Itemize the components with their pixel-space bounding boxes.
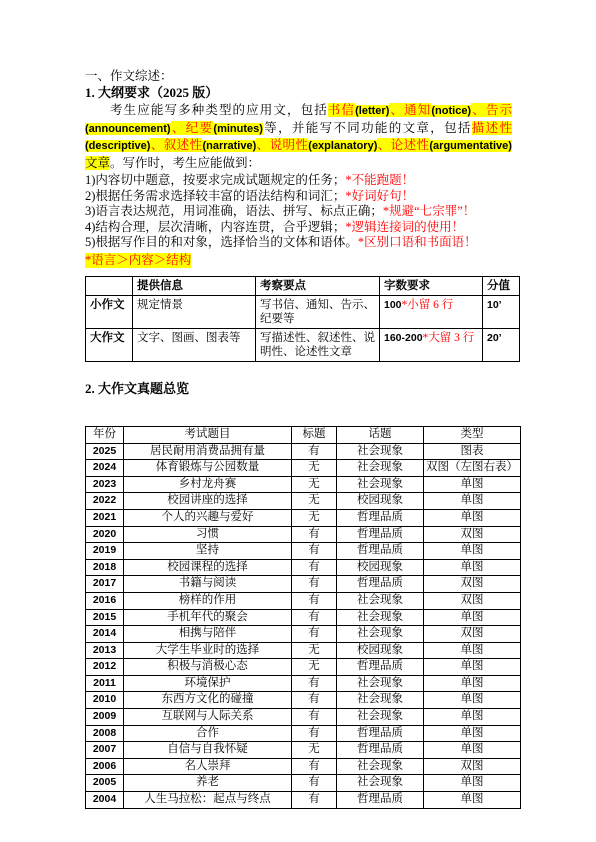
table-cell: 积极与消极心态 — [124, 659, 292, 676]
table-cell: 东西方文化的碰撞 — [124, 692, 292, 709]
text-span: (narrative) — [202, 140, 256, 152]
essay-requirements-table: 提供信息 考察要点 字数要求 分值 小作文规定情景写书信、通知、告示、纪要等10… — [85, 276, 520, 362]
text-span: (letter) — [355, 105, 389, 117]
text-span: 考生应能写多种类型的应用文，包括 — [110, 103, 328, 117]
table-cell: 有 — [292, 609, 337, 626]
table-cell: 写书信、通知、告示、纪要等 — [256, 295, 380, 328]
table-row: 2011环境保护有社会现象单图 — [86, 675, 521, 692]
document-page: 一、作文综述： 1. 大纲要求（2025 版） 考生应能写多种类型的应用文，包括… — [0, 0, 596, 842]
table-cell: 双图 — [424, 758, 521, 775]
table-cell: 无 — [292, 509, 337, 526]
requirement-note: *好词好句！ — [345, 189, 414, 203]
text-span: (descriptive) — [85, 140, 150, 152]
subsection-title-outline: 1. 大纲要求（2025 版） — [85, 85, 512, 101]
table-cell: 人生马拉松：起点与终点 — [124, 792, 292, 809]
table-cell: 社会现象 — [337, 609, 424, 626]
table-cell: 2007 — [86, 742, 124, 759]
column-header: 分值 — [483, 276, 520, 295]
table-row: 2015手机年代的聚会有社会现象单图 — [86, 609, 521, 626]
column-header: 标题 — [292, 426, 337, 443]
table-cell: 哲理品质 — [337, 526, 424, 543]
table-cell: 社会现象 — [337, 692, 424, 709]
text-span: (notice) — [431, 105, 471, 117]
table-cell: 100*小留 6 行 — [380, 295, 483, 328]
table-cell: 2004 — [86, 792, 124, 809]
table-cell: 相携与陪伴 — [124, 626, 292, 643]
table-cell: 单图 — [424, 509, 521, 526]
table-cell: 2015 — [86, 609, 124, 626]
table-cell: 哲理品质 — [337, 543, 424, 560]
table-cell: 大学生毕业时的选择 — [124, 642, 292, 659]
table-cell: 哲理品质 — [337, 509, 424, 526]
subsection-title-overview: 2. 大作文真题总览 — [85, 381, 512, 397]
requirement-note: *规避“七宗罪”！ — [383, 204, 475, 218]
text-span: (explanatory) — [308, 140, 377, 152]
requirement-note: *不能跑题！ — [345, 173, 414, 187]
table-cell: 榜样的作用 — [124, 592, 292, 609]
table-cell: 2021 — [86, 509, 124, 526]
table-cell: 社会现象 — [337, 758, 424, 775]
table-cell: 单图 — [424, 609, 521, 626]
table-cell: 社会现象 — [337, 476, 424, 493]
table-cell: 规定情景 — [133, 295, 256, 328]
table-row: 2004人生马拉松：起点与终点有哲理品质单图 — [86, 792, 521, 809]
table-cell: 单图 — [424, 775, 521, 792]
table-cell: 单图 — [424, 709, 521, 726]
table-cell: 2016 — [86, 592, 124, 609]
table-cell: 2014 — [86, 626, 124, 643]
table-cell: 互联网与人际关系 — [124, 709, 292, 726]
table-row: 2008合作有哲理品质单图 — [86, 725, 521, 742]
text-span: 纪要 — [186, 121, 214, 135]
table-row: 2025居民耐用消费品拥有量有社会现象图表 — [86, 443, 521, 460]
column-header: 话题 — [337, 426, 424, 443]
table-cell: 单图 — [424, 659, 521, 676]
table-cell: 160-200*大留 3 行 — [380, 328, 483, 361]
column-header: 年份 — [86, 426, 124, 443]
table-cell: 自信与自我怀疑 — [124, 742, 292, 759]
requirement-item: 2)根据任务需求选择较丰富的语法结构和词汇；*好词好句！ — [85, 189, 512, 205]
text-span: 、 — [377, 138, 390, 152]
table-cell: 2025 — [86, 443, 124, 460]
table-cell: 有 — [292, 543, 337, 560]
table-cell: 有 — [292, 675, 337, 692]
text-span: 通知 — [404, 103, 431, 117]
table-cell: 乡村龙舟赛 — [124, 476, 292, 493]
table-cell: 无 — [292, 659, 337, 676]
table-cell: 单图 — [424, 725, 521, 742]
table-cell: 2024 — [86, 460, 124, 477]
table-cell: 居民耐用消费品拥有量 — [124, 443, 292, 460]
requirement-text: 5)根据写作目的和对象，选择恰当的文体和语体。 — [85, 235, 358, 249]
table-cell: 有 — [292, 709, 337, 726]
table-cell: 大作文 — [86, 328, 133, 361]
table-cell: 社会现象 — [337, 626, 424, 643]
table-cell: 2018 — [86, 559, 124, 576]
table-row: 2016榜样的作用有社会现象双图 — [86, 592, 521, 609]
table-row: 2023乡村龙舟赛无社会现象单图 — [86, 476, 521, 493]
table-row: 2017书籍与阅读有哲理品质双图 — [86, 576, 521, 593]
text-span: 书信 — [328, 103, 355, 117]
table-cell: 20’ — [483, 328, 520, 361]
table-cell: 单图 — [424, 493, 521, 510]
column-header: 提供信息 — [133, 276, 256, 295]
table-cell: 写描述性、叙述性、说明性、论述性文章 — [256, 328, 380, 361]
column-header — [86, 276, 133, 295]
table-cell: 养老 — [124, 775, 292, 792]
table-cell: 单图 — [424, 559, 521, 576]
table-row: 2006名人崇拜有社会现象双图 — [86, 758, 521, 775]
table-cell: 有 — [292, 443, 337, 460]
table-cell: 有 — [292, 626, 337, 643]
priority-note-row: *语言＞内容＞结构 — [85, 251, 512, 269]
table-cell: 社会现象 — [337, 675, 424, 692]
table-header-row: 提供信息 考察要点 字数要求 分值 — [86, 276, 520, 295]
table-row: 2024体育锻炼与公园数量无社会现象双图（左图右表） — [86, 460, 521, 477]
table-cell: 有 — [292, 792, 337, 809]
table-cell: 校园现象 — [337, 493, 424, 510]
requirement-text: 3)语言表达规范，用词准确，语法、拼写、标点正确； — [85, 204, 383, 218]
table-cell: 2009 — [86, 709, 124, 726]
table-cell: 习惯 — [124, 526, 292, 543]
table-cell: 哲理品质 — [337, 742, 424, 759]
table-cell: 单图 — [424, 476, 521, 493]
table-cell: 有 — [292, 758, 337, 775]
text-span: *大留 3 行 — [423, 332, 475, 344]
table-cell: 双图 — [424, 526, 521, 543]
table-cell: 单图 — [424, 692, 521, 709]
requirement-item: 5)根据写作目的和对象，选择恰当的文体和语体。*区别口语和书面语！ — [85, 235, 512, 251]
text-span: 、 — [256, 138, 269, 152]
exam-overview-table: 年份 考试题目 标题 话题 类型 2025居民耐用消费品拥有量有社会现象图表20… — [85, 426, 521, 809]
text-span: 说明性 — [270, 138, 309, 152]
table-cell: 单图 — [424, 742, 521, 759]
text-span: 160-200 — [384, 332, 423, 344]
priority-note: *语言＞内容＞结构 — [85, 253, 191, 268]
table-row: 大作文文字、图画、图表等写描述性、叙述性、说明性、论述性文章160-200*大留… — [86, 328, 520, 361]
table-cell: 哲理品质 — [337, 792, 424, 809]
table-cell: 小作文 — [86, 295, 133, 328]
table-cell: 社会现象 — [337, 443, 424, 460]
text-span: 告示 — [486, 103, 512, 117]
table-cell: 2006 — [86, 758, 124, 775]
requirement-note: *逻辑连接词的使用！ — [345, 220, 464, 234]
table-cell: 环境保护 — [124, 675, 292, 692]
table-row: 2014相携与陪伴有社会现象双图 — [86, 626, 521, 643]
table-cell: 校园讲座的选择 — [124, 493, 292, 510]
table-cell: 无 — [292, 476, 337, 493]
table-cell: 哲理品质 — [337, 659, 424, 676]
text-span: 文章 — [85, 156, 110, 170]
table-cell: 2012 — [86, 659, 124, 676]
column-header: 类型 — [424, 426, 521, 443]
table-cell: 个人的兴趣与爱好 — [124, 509, 292, 526]
table-cell: 2022 — [86, 493, 124, 510]
table-row: 2020习惯有哲理品质双图 — [86, 526, 521, 543]
table-cell: 文字、图画、图表等 — [133, 328, 256, 361]
table-row: 2007自信与自我怀疑无哲理品质单图 — [86, 742, 521, 759]
table-cell: 校园课程的选择 — [124, 559, 292, 576]
table-cell: 有 — [292, 775, 337, 792]
table-cell: 图表 — [424, 443, 521, 460]
table-row: 2009互联网与人际关系有社会现象单图 — [86, 709, 521, 726]
table-cell: 社会现象 — [337, 592, 424, 609]
table-row: 2010东西方文化的碰撞有社会现象单图 — [86, 692, 521, 709]
table-cell: 书籍与阅读 — [124, 576, 292, 593]
requirement-item: 4)结构合理，层次清晰，内容连贯，合乎逻辑；*逻辑连接词的使用！ — [85, 220, 512, 236]
text-span: 论述性 — [391, 138, 430, 152]
table-cell: 2017 — [86, 576, 124, 593]
table-cell: 无 — [292, 493, 337, 510]
table-cell: 双图 — [424, 626, 521, 643]
text-span: 100 — [384, 299, 402, 311]
table-header-row: 年份 考试题目 标题 话题 类型 — [86, 426, 521, 443]
table-row: 小作文规定情景写书信、通知、告示、纪要等100*小留 6 行10’ — [86, 295, 520, 328]
table-cell: 坚持 — [124, 543, 292, 560]
table-cell: 无 — [292, 460, 337, 477]
requirement-text: 2)根据任务需求选择较丰富的语法结构和词汇； — [85, 189, 345, 203]
text-span: (argumentative) — [429, 140, 512, 152]
requirement-text: 4)结构合理，层次清晰，内容连贯，合乎逻辑； — [85, 220, 345, 234]
text-span: 等，并能写不同功能的文章，包括 — [263, 121, 472, 135]
table-row: 2012积极与消极心态无哲理品质单图 — [86, 659, 521, 676]
column-header: 考试题目 — [124, 426, 292, 443]
table-cell: 无 — [292, 642, 337, 659]
text-span: 、 — [389, 103, 404, 117]
table-cell: 双图 — [424, 592, 521, 609]
table-cell: 2005 — [86, 775, 124, 792]
column-header: 考察要点 — [256, 276, 380, 295]
requirement-item: 1)内容切中题意，按要求完成试题规定的任务；*不能跑题！ — [85, 173, 512, 189]
table-cell: 有 — [292, 692, 337, 709]
section-heading: 一、作文综述： — [85, 68, 512, 84]
table-cell: 有 — [292, 526, 337, 543]
text-span: 、 — [150, 138, 163, 152]
text-span: 、 — [471, 103, 486, 117]
text-span: 、 — [171, 121, 186, 135]
table-row: 2018校园课程的选择有校园现象单图 — [86, 559, 521, 576]
table-cell: 合作 — [124, 725, 292, 742]
table-cell: 2008 — [86, 725, 124, 742]
table-cell: 无 — [292, 742, 337, 759]
table-row: 2013大学生毕业时的选择无校园现象单图 — [86, 642, 521, 659]
table-cell: 单图 — [424, 675, 521, 692]
table-cell: 单图 — [424, 642, 521, 659]
table-cell: 手机年代的聚会 — [124, 609, 292, 626]
table-cell: 有 — [292, 725, 337, 742]
table-cell: 体育锻炼与公园数量 — [124, 460, 292, 477]
table-cell: 校园现象 — [337, 642, 424, 659]
table-cell: 有 — [292, 576, 337, 593]
requirements-list: 1)内容切中题意，按要求完成试题规定的任务；*不能跑题！2)根据任务需求选择较丰… — [85, 173, 512, 251]
table-cell: 双图（左图右表） — [424, 460, 521, 477]
table-row: 2005养老有社会现象单图 — [86, 775, 521, 792]
table-cell: 2023 — [86, 476, 124, 493]
table-cell: 双图 — [424, 576, 521, 593]
table-cell: 社会现象 — [337, 775, 424, 792]
text-span: 描述性 — [472, 121, 512, 135]
table-cell: 2011 — [86, 675, 124, 692]
table-cell: 2019 — [86, 543, 124, 560]
table-cell: 有 — [292, 592, 337, 609]
text-span: (minutes) — [213, 123, 263, 135]
table-cell: 哲理品质 — [337, 576, 424, 593]
table-cell: 2013 — [86, 642, 124, 659]
table-cell: 社会现象 — [337, 709, 424, 726]
table-cell: 10’ — [483, 295, 520, 328]
table-row: 2022校园讲座的选择无校园现象单图 — [86, 493, 521, 510]
requirement-item: 3)语言表达规范，用词准确，语法、拼写、标点正确；*规避“七宗罪”！ — [85, 204, 512, 220]
text-span: 。写作时，考生应能做到： — [110, 156, 260, 170]
text-span: *小留 6 行 — [402, 299, 454, 311]
table-cell: 名人崇拜 — [124, 758, 292, 775]
table-row: 2021个人的兴趣与爱好无哲理品质单图 — [86, 509, 521, 526]
table-cell: 2010 — [86, 692, 124, 709]
text-span: 叙述性 — [164, 138, 203, 152]
table-row: 2019坚持有哲理品质单图 — [86, 543, 521, 560]
table-cell: 单图 — [424, 543, 521, 560]
intro-paragraph: 考生应能写多种类型的应用文，包括书信(letter)、通知(notice)、告示… — [85, 102, 512, 171]
column-header: 字数要求 — [380, 276, 483, 295]
table-cell: 校园现象 — [337, 559, 424, 576]
requirement-note: *区别口语和书面语！ — [358, 235, 477, 249]
table-cell: 社会现象 — [337, 460, 424, 477]
table-cell: 单图 — [424, 792, 521, 809]
table-cell: 2020 — [86, 526, 124, 543]
requirement-text: 1)内容切中题意，按要求完成试题规定的任务； — [85, 173, 345, 187]
table-cell: 有 — [292, 559, 337, 576]
text-span: (announcement) — [85, 123, 171, 135]
table-cell: 哲理品质 — [337, 725, 424, 742]
